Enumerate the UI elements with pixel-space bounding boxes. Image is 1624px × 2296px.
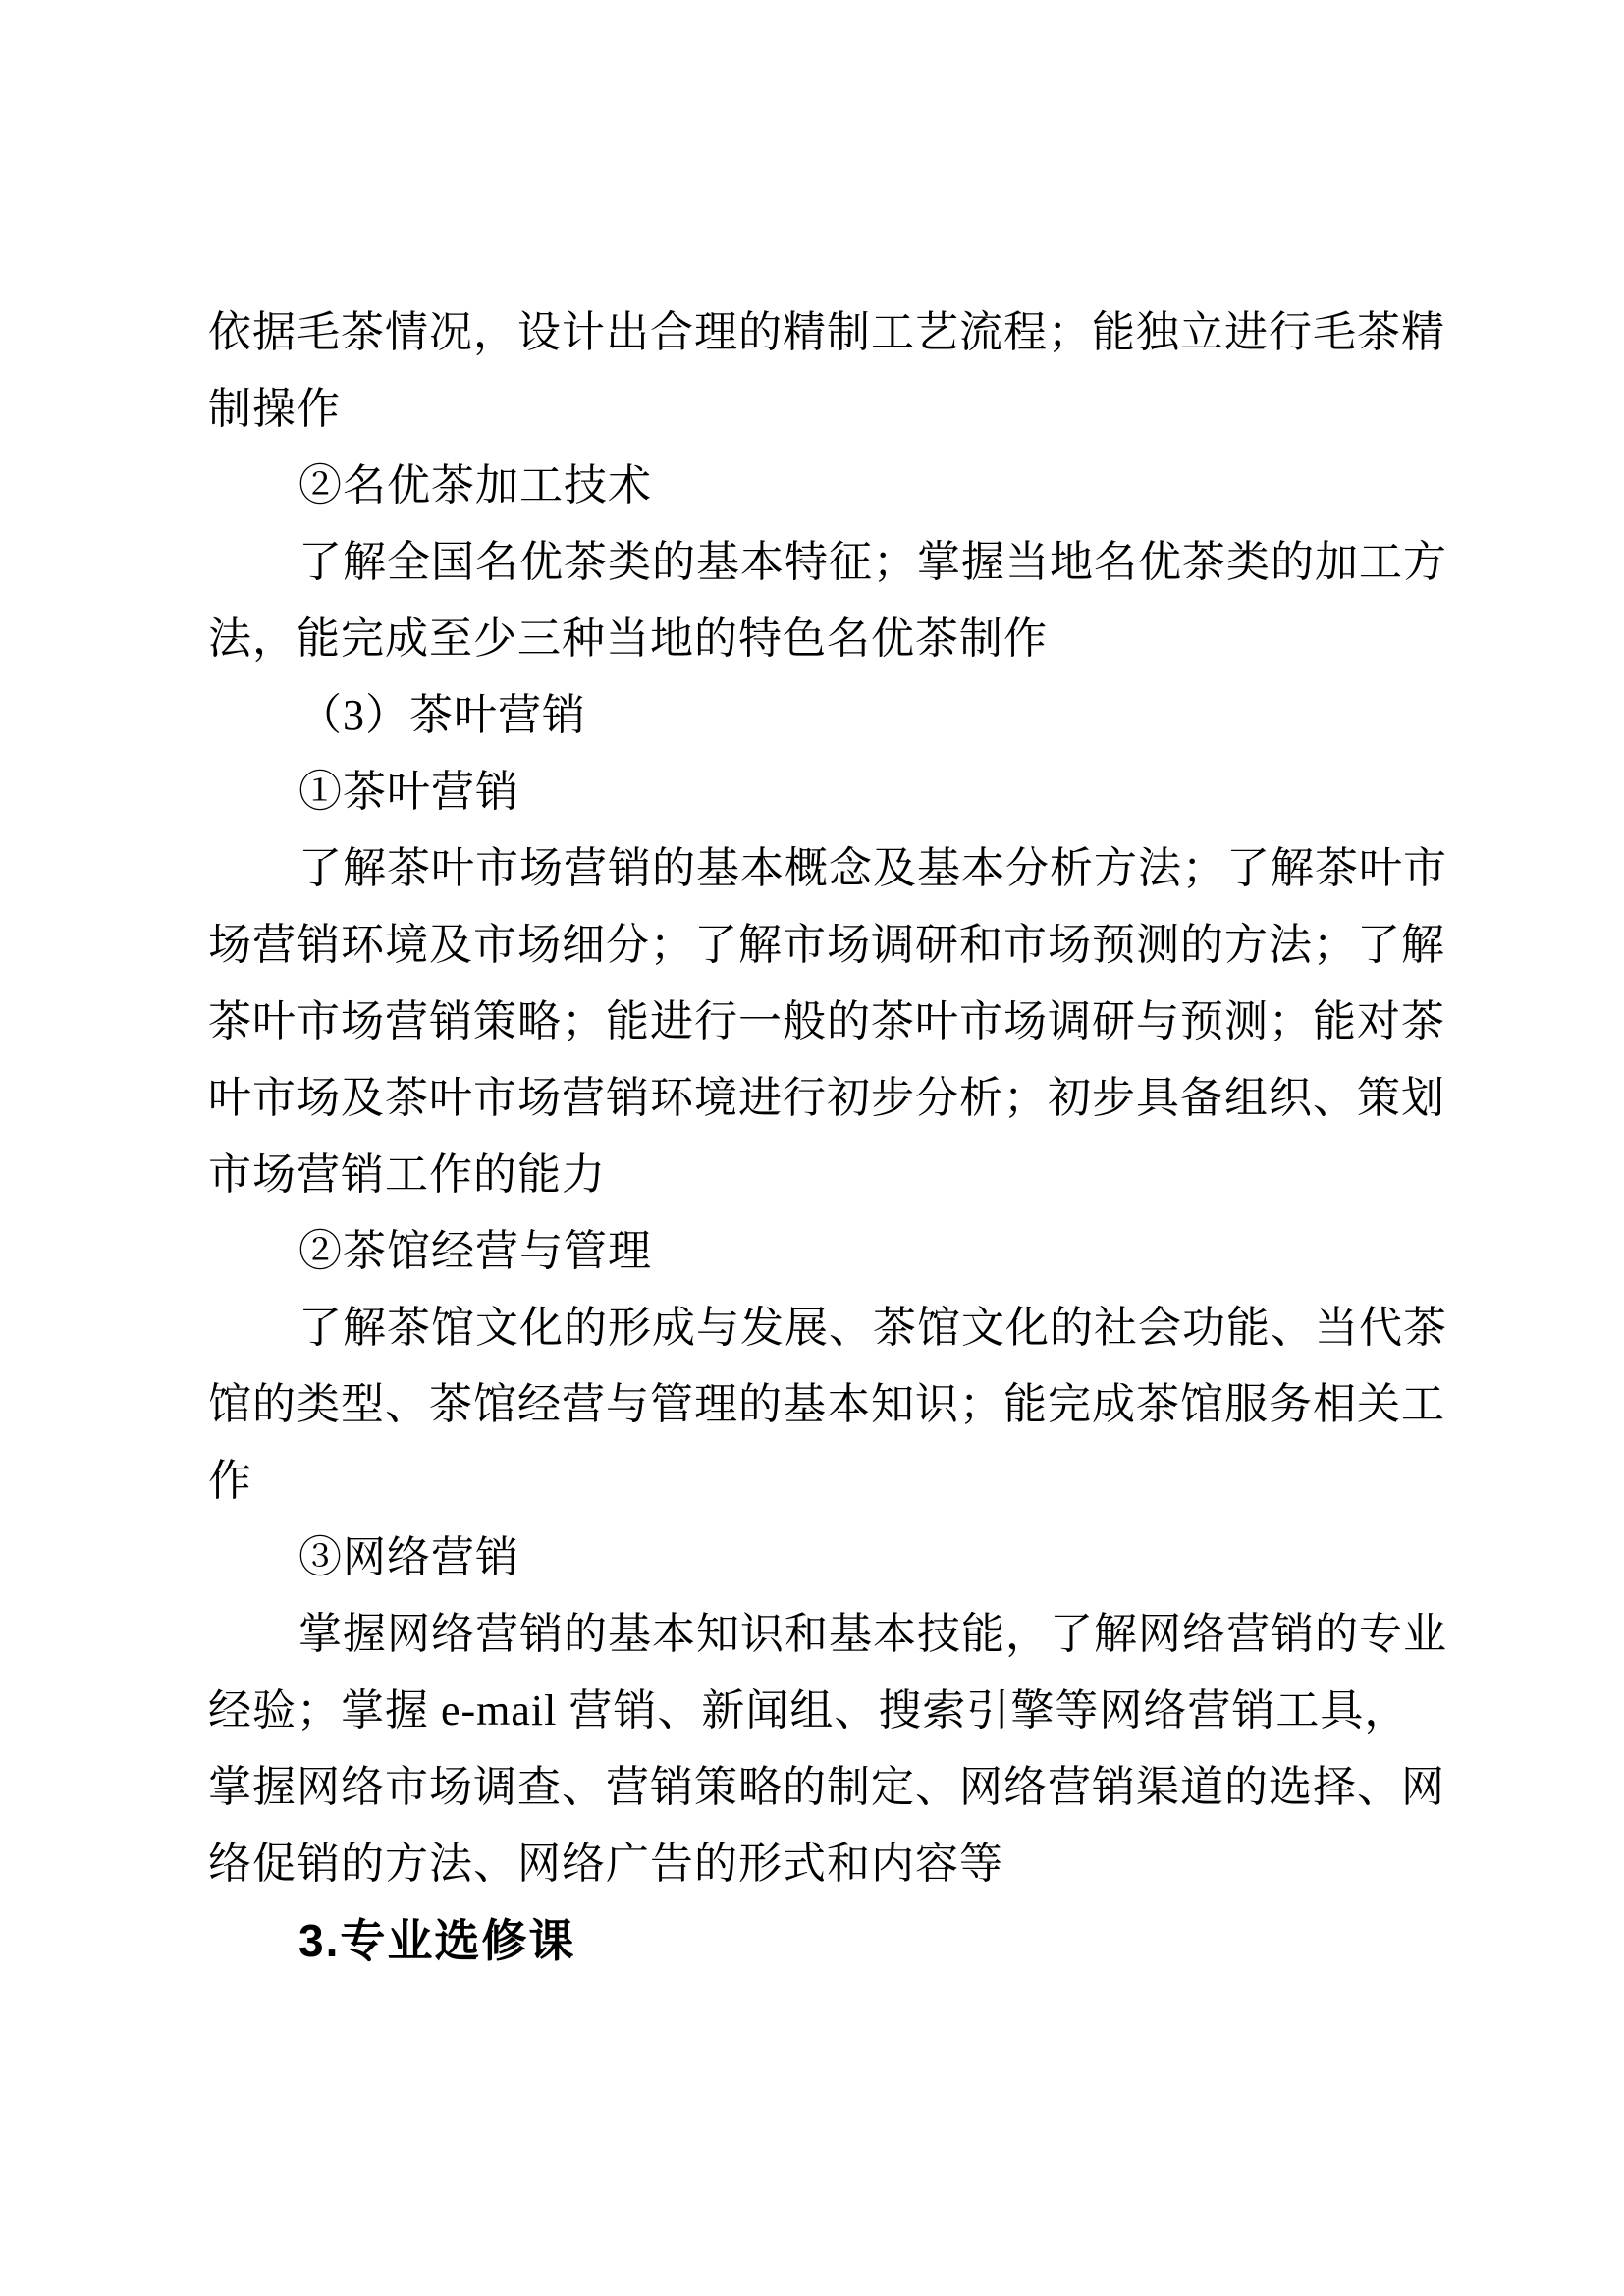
text-line: 馆的类型、茶馆经营与管理的基本知识；能完成茶馆服务相关工	[208, 1366, 1430, 1443]
text-line: 络促销的方法、网络广告的形式和内容等	[208, 1826, 1430, 1902]
section-label: （3）茶叶营销	[208, 677, 1430, 754]
subsection-label: ①茶叶营销	[208, 754, 1430, 830]
text-line: 了解茶馆文化的形成与发展、茶馆文化的社会功能、当代茶	[208, 1290, 1430, 1366]
text-line: 茶叶市场营销策略；能进行一般的茶叶市场调研与预测；能对茶	[208, 984, 1430, 1060]
text-line: 叶市场及茶叶市场营销环境进行初步分析；初步具备组织、策划	[208, 1060, 1430, 1137]
text-line: 掌握网络营销的基本知识和基本技能，了解网络营销的专业	[208, 1596, 1430, 1673]
text-line: 依据毛茶情况，设计出合理的精制工艺流程；能独立进行毛茶精	[208, 294, 1430, 371]
subsection-label: ②名优茶加工技术	[208, 448, 1430, 524]
text-line: 市场营销工作的能力	[208, 1137, 1430, 1213]
text-line: 作	[208, 1443, 1430, 1520]
text-block: 依据毛茶情况，设计出合理的精制工艺流程；能独立进行毛茶精 制操作 ②名优茶加工技…	[208, 294, 1430, 1979]
text-line: 了解茶叶市场营销的基本概念及基本分析方法；了解茶叶市	[208, 830, 1430, 907]
text-line: 法，能完成至少三种当地的特色名优茶制作	[208, 601, 1430, 677]
text-line: 制操作	[208, 371, 1430, 448]
text-line: 掌握网络市场调查、营销策略的制定、网络营销渠道的选择、网	[208, 1749, 1430, 1826]
text-line: 经验；掌握 e-mail 营销、新闻组、搜索引擎等网络营销工具，	[208, 1673, 1430, 1749]
subsection-label: ③网络营销	[208, 1520, 1430, 1596]
subsection-label: ②茶馆经营与管理	[208, 1213, 1430, 1290]
text-line: 了解全国名优茶类的基本特征；掌握当地名优茶类的加工方	[208, 524, 1430, 601]
text-line: 场营销环境及市场细分；了解市场调研和市场预测的方法；了解	[208, 907, 1430, 984]
section-heading: 3.专业选修课	[208, 1902, 1430, 1979]
document-page: 依据毛茶情况，设计出合理的精制工艺流程；能独立进行毛茶精 制操作 ②名优茶加工技…	[0, 0, 1624, 2296]
